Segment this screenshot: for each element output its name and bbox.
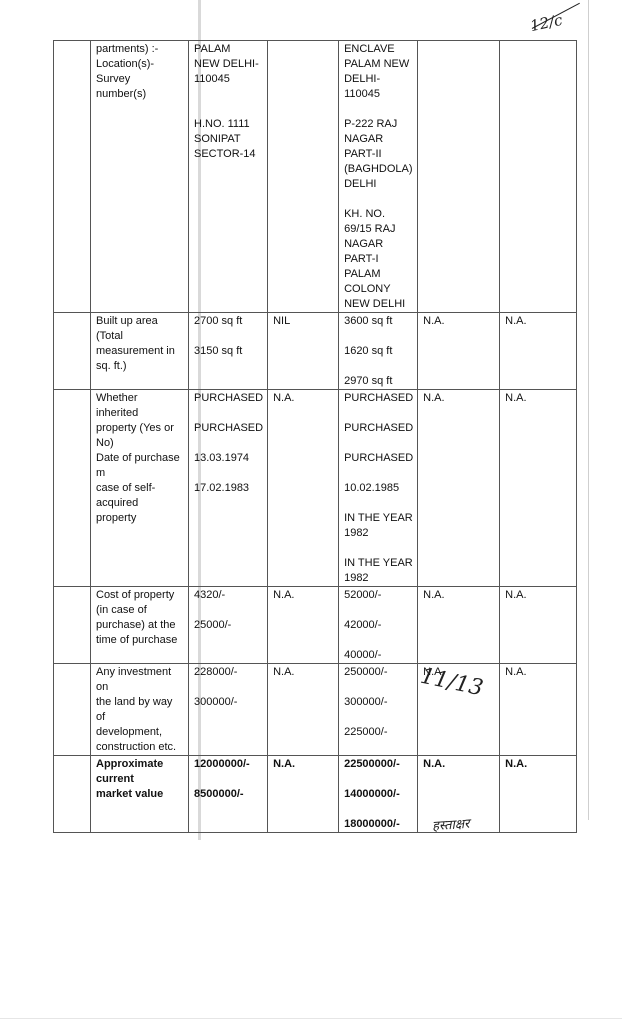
page-edge-line xyxy=(588,0,589,820)
serial-cell xyxy=(54,313,91,390)
row-label: Whether inherited property (Yes or No) D… xyxy=(91,390,189,587)
cell-self: PALAM NEW DELHI- 110045 H.NO. 1111 SONIP… xyxy=(189,41,268,313)
cell-huf: ENCLAVE PALAM NEW DELHI- 110045 P-222 RA… xyxy=(339,41,418,313)
serial-cell xyxy=(54,664,91,756)
cell-dependent-2 xyxy=(500,41,577,313)
cell-spouse: NIL xyxy=(268,313,339,390)
cell-dependent-2: N.A. xyxy=(500,664,577,756)
property-details-table: partments) :- Location(s)- Survey number… xyxy=(53,40,577,833)
cell-self: 12000000/- 8500000/- xyxy=(189,756,268,833)
table-row-market-value: Approximate current market value 1200000… xyxy=(54,756,577,833)
row-label: Approximate current market value xyxy=(91,756,189,833)
cell-dependent-2: N.A. xyxy=(500,756,577,833)
cell-huf: 250000/- 300000/- 225000/- xyxy=(339,664,418,756)
cell-dependent-1: N.A. xyxy=(418,313,500,390)
cell-self: 2700 sq ft 3150 sq ft xyxy=(189,313,268,390)
cell-huf: 52000/- 42000/- 40000/- xyxy=(339,587,418,664)
cell-huf: PURCHASED PURCHASED PURCHASED 10.02.1985… xyxy=(339,390,418,587)
cell-self: PURCHASED PURCHASED 13.03.1974 17.02.198… xyxy=(189,390,268,587)
cell-spouse: N.A. xyxy=(268,664,339,756)
serial-cell xyxy=(54,756,91,833)
cell-spouse: N.A. xyxy=(268,390,339,587)
cell-huf: 22500000/- 14000000/- 18000000/- xyxy=(339,756,418,833)
cell-dependent-2: N.A. xyxy=(500,313,577,390)
row-label: Cost of property (in case of purchase) a… xyxy=(91,587,189,664)
table-row-inherited: Whether inherited property (Yes or No) D… xyxy=(54,390,577,587)
serial-cell xyxy=(54,390,91,587)
row-label: Any investment on the land by way of dev… xyxy=(91,664,189,756)
cell-spouse: N.A. xyxy=(268,587,339,664)
cell-spouse: N.A. xyxy=(268,756,339,833)
handwritten-signature: हस्ताक्षर xyxy=(431,814,470,835)
cell-huf: 3600 sq ft 1620 sq ft 2970 sq ft xyxy=(339,313,418,390)
table-row-location: partments) :- Location(s)- Survey number… xyxy=(54,41,577,313)
cell-dependent-1: N.A. xyxy=(418,587,500,664)
row-label: partments) :- Location(s)- Survey number… xyxy=(91,41,189,313)
cell-spouse xyxy=(268,41,339,313)
row-label: Built up area (Total measurement in sq. … xyxy=(91,313,189,390)
serial-cell xyxy=(54,41,91,313)
cell-dependent-2: N.A. xyxy=(500,587,577,664)
table-row-built-up-area: Built up area (Total measurement in sq. … xyxy=(54,313,577,390)
serial-cell xyxy=(54,587,91,664)
cell-dependent-1 xyxy=(418,41,500,313)
page-bottom-edge xyxy=(0,1018,622,1019)
cell-self: 228000/- 300000/- xyxy=(189,664,268,756)
cell-dependent-2: N.A. xyxy=(500,390,577,587)
cell-self: 4320/- 25000/- xyxy=(189,587,268,664)
document-page: 12/c partments) :- Location(s)- Survey n… xyxy=(0,0,622,1024)
cell-dependent-1: N.A. xyxy=(418,390,500,587)
table-row-investment: Any investment on the land by way of dev… xyxy=(54,664,577,756)
table-row-cost: Cost of property (in case of purchase) a… xyxy=(54,587,577,664)
